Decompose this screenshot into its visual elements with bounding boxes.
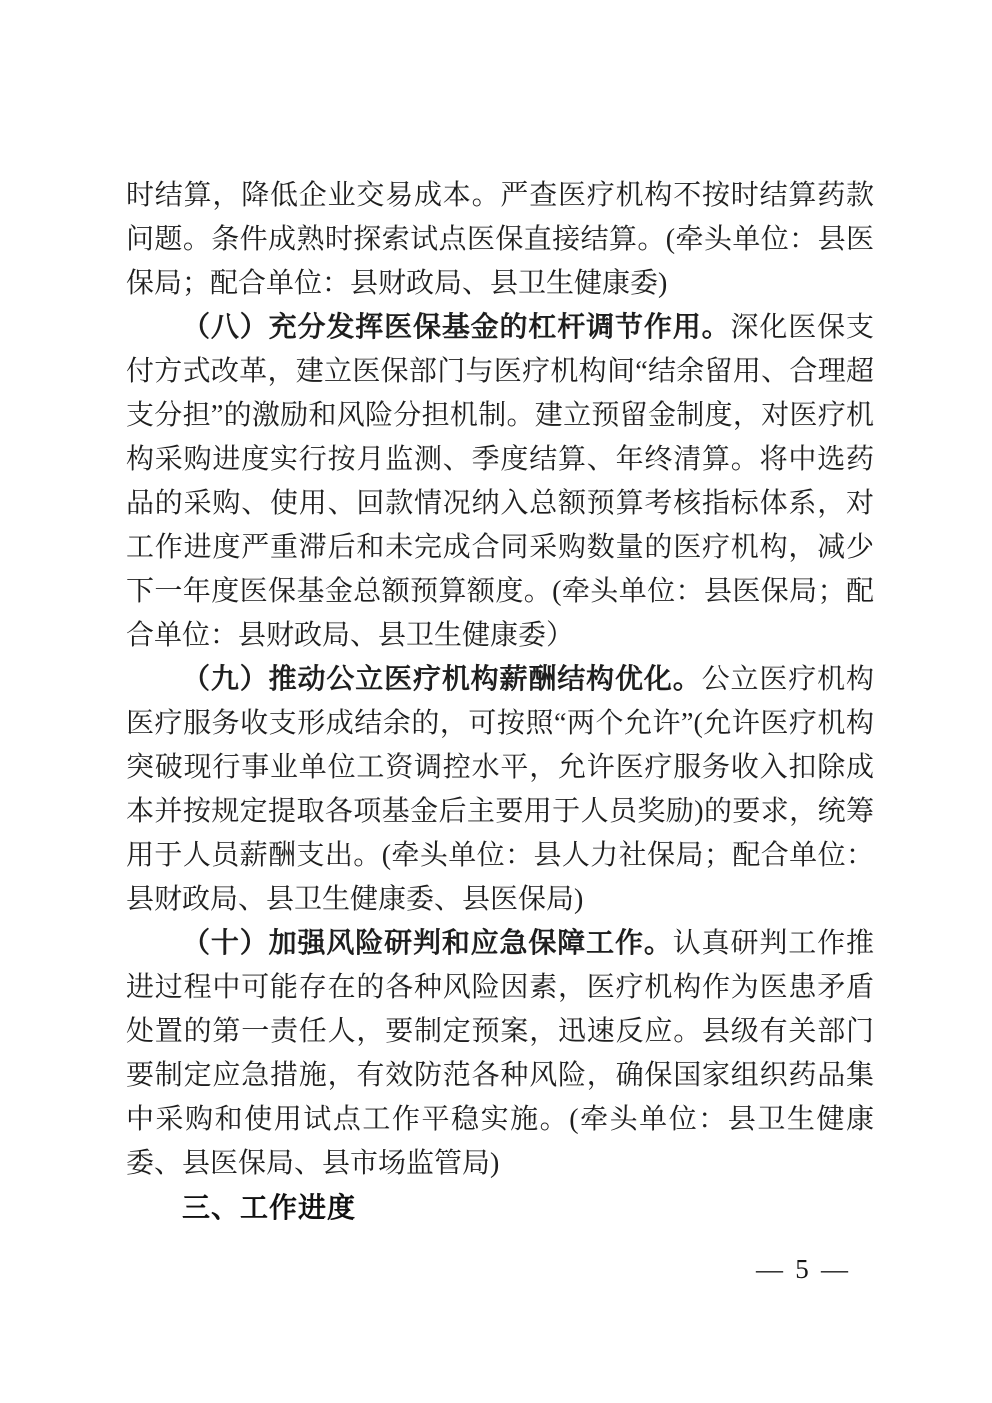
paragraph-lead: （九）推动公立医疗机构薪酬结构优化。 [182, 664, 702, 695]
paragraph-text: 时结算，降低企业交易成本。严查医疗机构不按时结算药款问题。条件成熟时探索试点医保… [126, 180, 874, 299]
document-page: 时结算，降低企业交易成本。严查医疗机构不按时结算药款问题。条件成熟时探索试点医保… [0, 0, 992, 1403]
page-number-value: 5 [795, 1256, 809, 1283]
paragraph-continuation: 时结算，降低企业交易成本。严查医疗机构不按时结算药款问题。条件成熟时探索试点医保… [126, 174, 874, 306]
paragraph-text: 深化医保支付方式改革，建立医保部门与医疗机构间“结余留用、合理超支分担”的激励和… [126, 312, 874, 651]
paragraph-lead: （八）充分发挥医保基金的杠杆调节作用。 [182, 312, 731, 343]
paragraph-item-10: （十）加强风险研判和应急保障工作。认真研判工作推进过程中可能存在的各种风险因素，… [126, 922, 874, 1186]
paragraph-item-9: （九）推动公立医疗机构薪酬结构优化。公立医疗机构医疗服务收支形成结余的，可按照“… [126, 658, 874, 922]
paragraph-text: 认真研判工作推进过程中可能存在的各种风险因素，医疗机构作为医患矛盾处置的第一责任… [126, 928, 874, 1179]
paragraph-lead: （十）加强风险研判和应急保障工作。 [182, 928, 673, 959]
page-number-dash-right: — [821, 1256, 848, 1283]
page-number: — 5 — [756, 1256, 848, 1283]
section-heading: 三、工作进度 [126, 1186, 874, 1230]
paragraph-item-8: （八）充分发挥医保基金的杠杆调节作用。深化医保支付方式改革，建立医保部门与医疗机… [126, 306, 874, 658]
document-body: 时结算，降低企业交易成本。严查医疗机构不按时结算药款问题。条件成熟时探索试点医保… [126, 174, 874, 1230]
paragraph-text: 公立医疗机构医疗服务收支形成结余的，可按照“两个允许”(允许医疗机构突破现行事业… [126, 664, 874, 915]
page-number-dash-left: — [756, 1256, 783, 1283]
